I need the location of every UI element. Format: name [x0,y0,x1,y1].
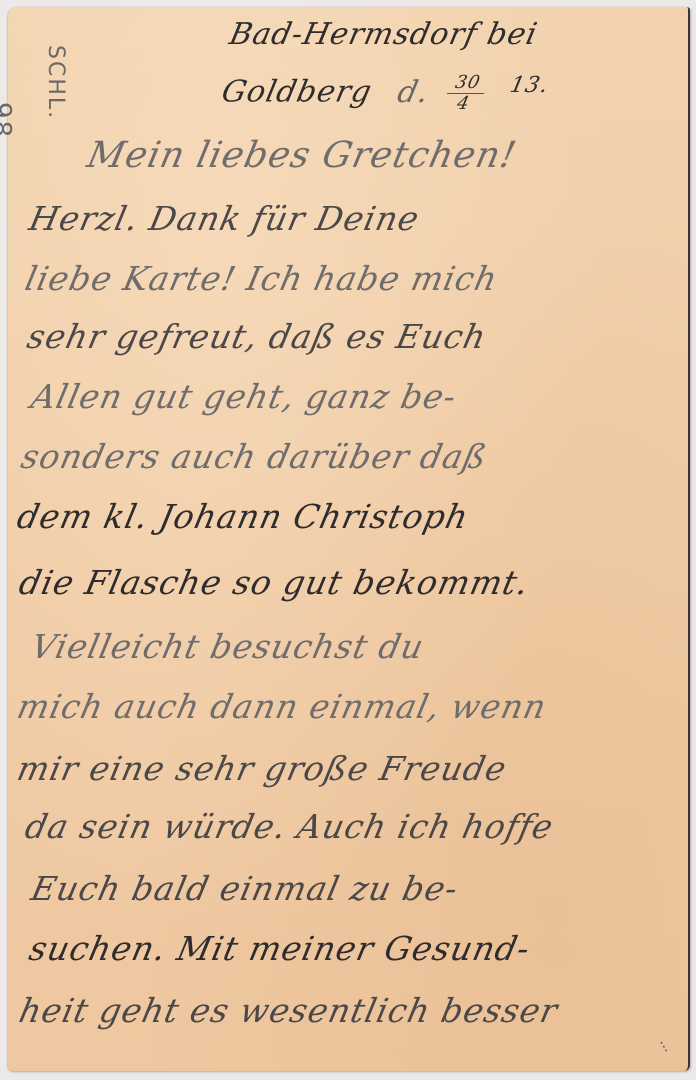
postcard: SCHL. 98 Bad-Hermsdorf bei Goldberg d. 3… [8,7,690,1071]
body-line: sehr gefreut, daß es Euch [24,317,490,356]
body-line: liebe Karte! Ich habe mich [22,259,502,298]
date-fraction: 30 4 [443,73,489,114]
body-line: suchen. Mit meiner Gesund- [26,929,534,968]
date-prefix: d. [394,75,432,110]
body-line: Euch bald einmal zu be- [28,869,462,908]
date-month: 4 [443,94,484,114]
body-line: heit geht es wesentlich besser [16,991,562,1030]
greeting-line: Mein liebes Gretchen! [84,135,521,176]
body-line: Allen gut geht, ganz be- [28,377,461,416]
body-line: mich auch dann einmal, wenn [14,687,550,726]
date-day: 30 [447,73,488,94]
body-line: Herzl. Dank für Deine [26,199,423,238]
margin-number: 98 [0,102,16,139]
header-date-line: Goldberg d. 30 4 13. [218,73,551,114]
body-line: die Flasche so gut bekommt. [16,563,533,602]
body-line: da sein würde. Auch ich hoffe [22,807,557,846]
body-line: sonders auch darüber daß [18,437,491,476]
body-line: mir eine sehr große Freude [14,749,511,788]
body-line: Vielleicht besuchst du [28,627,428,666]
header-place-line: Bad-Hermsdorf bei [226,17,541,52]
date-place: Goldberg [219,75,376,110]
margin-label-schl: SCHL. [43,45,68,120]
corner-continuation: ... [656,1035,677,1055]
date-year: 13. [508,73,551,98]
body-line: dem kl. Johann Christoph [14,497,473,536]
